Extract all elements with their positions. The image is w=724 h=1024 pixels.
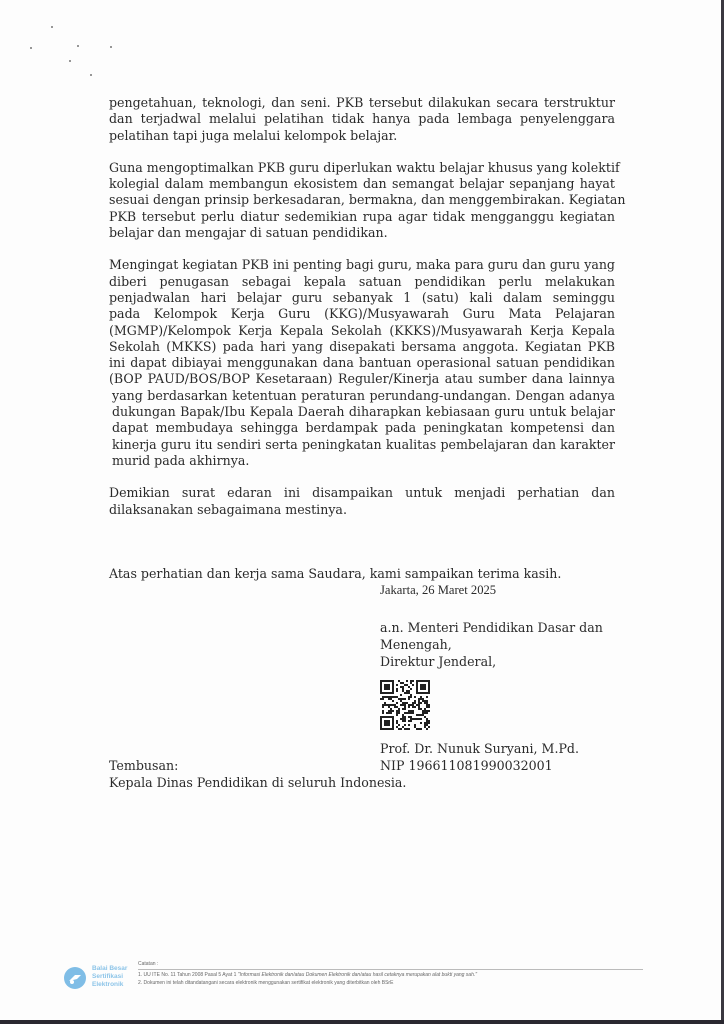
text-line: sesuai dengan prinsip berkesadaran, berm… [109,192,615,208]
bsre-logo-icon [64,967,86,989]
paragraph-4: Demikian surat edaran ini disampaikan un… [109,485,615,518]
text-line: (BOP PAUD/BOS/BOP Kesetaraan) Reguler/Ki… [109,371,615,387]
logo-line: Balai Besar [92,965,127,973]
letter-body: pengetahuan, teknologi, dan seni. PKB te… [109,95,615,532]
signer-position: Direktur Jenderal, [380,654,496,670]
text-line: Mengingat kegiatan PKB ini penting bagi … [109,257,615,273]
scan-speck [90,74,92,76]
cc-recipient: Kepala Dinas Pendidikan di seluruh Indon… [109,775,406,791]
text-line: PKB tersebut perlu diatur sedemikian rup… [109,209,615,225]
paragraph-1: pengetahuan, teknologi, dan seni. PKB te… [109,95,615,144]
signer-name: Prof. Dr. Nunuk Suryani, M.Pd. [380,741,579,757]
qr-code-icon [380,680,430,730]
notes-divider [138,969,643,970]
text-line: Sekolah (MKKS) pada hari yang disepakati… [109,339,615,355]
text-line: Guna mengoptimalkan PKB guru diperlukan … [109,160,615,176]
scan-speck [69,60,71,62]
logo-line: Sertifikasi [92,973,127,981]
footer-notes: Catatan : 1. UU ITE No. 11 Tahun 2008 Pa… [138,960,643,987]
text-line: diberi penugasan sebagai kepala satuan p… [109,274,615,290]
signer-nip: NIP 196611081990032001 [380,758,553,774]
text-line: dilaksanakan sebagaimana mestinya. [109,502,615,518]
bsre-logo: Balai Besar Sertifikasi Elektronik [62,965,142,995]
scan-edge-bottom [0,1020,724,1024]
scan-speck [30,47,32,49]
text-line: pelatihan tapi juga melalui kelompok bel… [109,128,615,144]
note-2: 2. Dokumen ini telah ditandatangani seca… [138,979,643,987]
text-line: (MGMP)/Kelompok Kerja Kepala Sekolah (KK… [109,323,615,339]
notes-label: Catatan : [138,960,643,968]
text-line: ini dapat dibiayai menggunakan dana bant… [109,355,615,371]
bsre-logo-text: Balai Besar Sertifikasi Elektronik [92,965,127,989]
logo-line: Elektronik [92,981,127,989]
scan-speck [77,45,79,47]
paragraph-2: Guna mengoptimalkan PKB guru diperlukan … [109,160,615,241]
text-line: penjadwalan hari belajar guru sebanyak 1… [109,290,615,306]
note-1-quote: "Informasi Elektronik dan/atau Dokumen E… [238,972,477,978]
text-line: Demikian surat edaran ini disampaikan un… [109,485,615,501]
paragraph-3: Mengingat kegiatan PKB ini penting bagi … [109,257,615,469]
text-line: murid pada akhirnya. [109,453,615,469]
on-behalf-line-2: Menengah, [380,637,452,653]
text-line: pada Kelompok Kerja Guru (KKG)/Musyawara… [109,306,615,322]
note-1-prefix: 1. UU ITE No. 11 Tahun 2008 Pasal 5 Ayat… [138,972,238,978]
cc-label: Tembusan: [109,758,178,774]
scan-speck [51,26,53,28]
text-line: pengetahuan, teknologi, dan seni. PKB te… [109,95,615,111]
footer: Balai Besar Sertifikasi Elektronik Catat… [62,960,662,1000]
place-date: Jakarta, 26 Maret 2025 [380,583,496,598]
text-line: dan terjadwal melalui pelatihan tidak ha… [109,111,615,127]
on-behalf-line-1: a.n. Menteri Pendidikan Dasar dan [380,620,603,636]
text-line: yang berdasarkan ketentuan peraturan per… [109,388,615,404]
text-line: belajar dan mengajar di satuan pendidika… [109,225,615,241]
text-line: dapat membudaya sehingga berdampak pada … [109,420,615,436]
closing-thanks: Atas perhatian dan kerja sama Saudara, k… [109,566,561,582]
note-1: 1. UU ITE No. 11 Tahun 2008 Pasal 5 Ayat… [138,971,643,979]
text-line: kolegial dalam membangun ekosistem dan s… [109,176,615,192]
text-line: dukungan Bapak/Ibu Kepala Daerah diharap… [109,404,615,420]
text-line: kinerja guru itu sendiri serta peningkat… [109,437,615,453]
scan-speck [110,46,112,48]
